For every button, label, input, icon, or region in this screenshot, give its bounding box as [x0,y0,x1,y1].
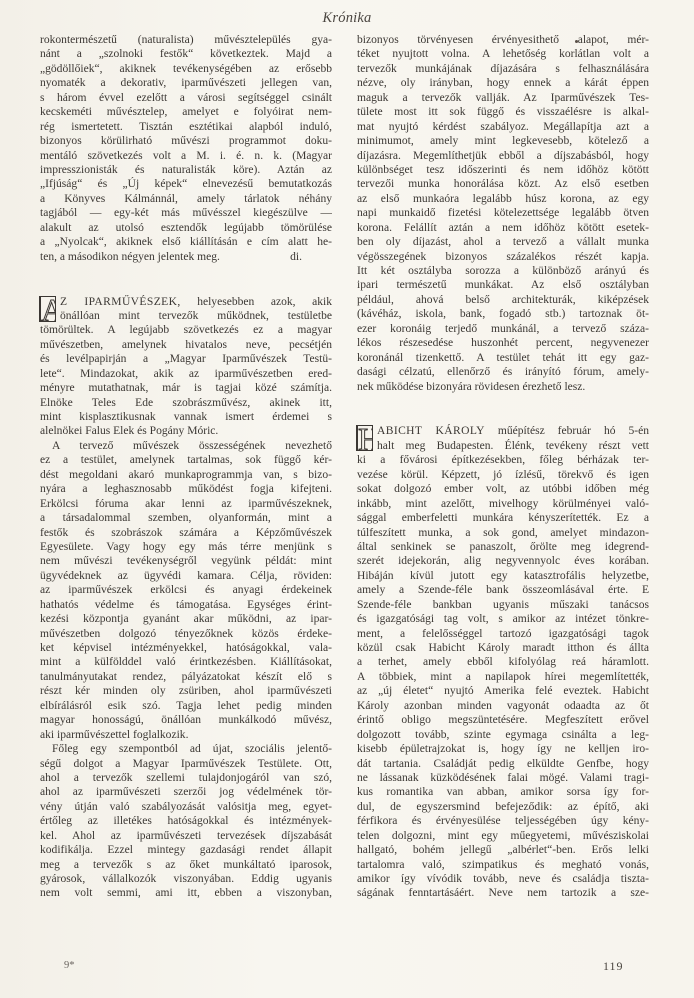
text-line: önállóan mint tervezők működnek, testüle… [40,309,332,323]
article-heading: Z IPARMŰVÉSZEK, [60,296,181,308]
right-column: bizonyos törvényesen érvényesithető alap… [357,33,649,901]
magazine-page: Krónika rokontermészetű (naturalista) mű… [0,0,694,998]
text-line: sággal emberfeletti munkára kényszerítet… [357,511,649,525]
text-line: „Ifjúság“ és „Új képek“ elnevezésű bemut… [40,177,332,191]
text-line: mint a külfölddel való érintkezésben. Ki… [40,655,332,669]
text-line: A tervező művészek összességének nevezhe… [40,439,332,453]
text-line: kus romantika van abban, amikor sorsa íg… [357,785,649,799]
text-line: bizonyos körülirható művészi programmot … [40,134,332,148]
paragraph-tervezo-muveszek: A tervező művészek összességének nevezhe… [40,439,332,742]
text-line: minimumot, amely mint legkevesebb, kötel… [357,134,649,148]
text-line: festők és szobrászok számára a Képzőművé… [40,526,332,540]
text-line: mint kisplasztikusnak vannak ismert érde… [40,410,332,424]
left-column: rokontermészetű (naturalista) művésztele… [40,33,332,901]
text-line: lékos részesedése huszonhét percent, neg… [357,336,649,350]
text-line: tülete most itt sok függő és visszaélésr… [357,105,649,119]
text-line: az első munkaóra legalább húsz korona, a… [357,192,649,206]
drop-cap-a: A [39,296,56,322]
article-heading: ABICHT KÁROLY [377,425,485,437]
signature-line: ten, a másodikon négyen jelentek meg. di… [40,250,332,264]
text-line: ki a fővárosi építkezésekben, főleg bérh… [357,453,649,467]
text-line: dasági célzatú, ellenőrző és irányító fó… [357,365,649,379]
text-line: nem volt semmi, ami itt, ebben a viszony… [40,886,332,900]
text-line: aki iparművészettel foglalkozik. [40,728,332,742]
heading-line-rest: helyesebben azok, akik [197,296,332,308]
text-line: halt meg Budapesten. Élénk, tevékeny rés… [357,439,649,453]
author-signature: di. [290,250,302,264]
signature-mark: 9* [64,960,75,971]
text-line: kecskeméti művésztelep, amelyet e folyói… [40,105,332,119]
text-line: impresszionisták és naturalisták köre). … [40,163,332,177]
text-line: hathatós védelme és támogatása. Egységes… [40,598,332,612]
text-line: „gödöllőiek“, akiknek tevékenységében az… [40,62,332,76]
text-line: napi munkaidő fizetési kötelezettsége le… [357,206,649,220]
article-habicht-karoly: H ABICHT KÁROLY műépítész február hó 5-é… [357,424,649,900]
text-line: inkább, mint azelőtt, mivelhogy körülmén… [357,497,649,511]
text-line: rég ismertetett. Tisztán esztétikai alap… [40,120,332,134]
text-line: dát tartania. Családját pedig elküldte G… [357,757,649,771]
paragraph-continuation: bizonyos törvényesen érvényesithető alap… [357,33,649,394]
text-line: s három évvel ezelőtt a városi segítségg… [40,91,332,105]
text-line: koronánál tizenkettő. A testület tehát i… [357,351,649,365]
text-line: az iparművészek erkölcsi és anyagi érdek… [40,583,332,597]
text-line: például, ahová belső architekturák, kiké… [357,293,649,307]
text-line: által senkinek se panaszolt, őrölte meg … [357,540,649,554]
text-line: díjazásra. Megemlíthetjük ebből a díjsza… [357,149,649,163]
text-line: gyárosok, vállalkozók viszonyában. Eddig… [40,872,332,886]
text-line: részt kér minden oly zsüriben, ahol ipar… [40,684,332,698]
text-line: Itt két osztályba sorozza a különböző ar… [357,264,649,278]
text-line: és igazgatósági tag volt, s amikor az in… [357,612,649,626]
text-line: közül csak Habicht Károly maradt itthon … [357,641,649,655]
drop-cap-h: H [356,425,373,451]
text-line: végösszegének bizonyos százalékos részét… [357,250,649,264]
text-line: ben oly díjazást, ahol a tervező a válla… [357,235,649,249]
text-line: ahol az iparművészeti szerzői jog védelm… [40,785,332,799]
text-line: különbséget tesz időszerinti és nem időh… [357,163,649,177]
article-habicht-body: halt meg Budapesten. Élénk, tevékeny rés… [357,439,649,901]
text-line: elbírálásról esik szó. Tagja lehet pedig… [40,699,332,713]
text-line: nek működése bizonyára rövidesen érezhet… [357,380,649,394]
article-iparmuveszek-body: önállóan mint tervezők működnek, testüle… [40,309,332,439]
text-line: (kávéház, iskola, bank, fogadó stb.) tar… [357,307,649,321]
text-line: alelnökei Falus Elek és Pogány Móric. [40,424,332,438]
text-line: Hibáján kívül jutott egy katasztrofális … [357,569,649,583]
text-line: művészetben, amelynek hivatalos neve, pe… [40,338,332,352]
text-line: ment, a felelősséggel tartozó igazgatósá… [357,627,649,641]
text-line: a Könyves Kálmánnál, amely tárlatok néhá… [40,192,332,206]
text-line: Károly azonban minden vagyonát odaadta a… [357,699,649,713]
text-line: az „új életet“ nyujtó Amerika felé evezt… [357,684,649,698]
text-line: dést megoldani akaró munkaprogrammja van… [40,468,332,482]
text-line: A többiek, mint a napilapok hírei megeml… [357,670,649,684]
text-line: Elnöke Teles Ede szobrászművész, akinek … [40,396,332,410]
text-line: lete“. Mindazokat, akik az iparművészetb… [40,367,332,381]
text-line: ez a testület, amelynek tartalmas, sok f… [40,453,332,467]
text-line: sokat dolgozó ember volt, az utóbbi időb… [357,482,649,496]
text-line: amely a Szende-féle bank összeomlásával … [357,583,649,597]
text-line: nyomaték a dekorativ, iparművészeti jell… [40,76,332,90]
text-line: mentáló szövetkezés volt a M. i. é. n. k… [40,149,332,163]
text-line: Egyesülete. Vagy hogy egy más térre menj… [40,540,332,554]
text-line: kodifikálja. Ezzel mintegy gazdasági ren… [40,843,332,857]
text-line: hallgató, bohém jellegű „albérlet“-ben. … [357,843,649,857]
article-heading-line: ABICHT KÁROLY műépítész február hó 5-én [357,424,649,438]
article-iparmuveszek: A Z IPARMŰVÉSZEK, helyesebben azok, akik… [40,295,332,901]
text-line: Erkölcsi fóruma akar lenni az iparművész… [40,497,332,511]
text-line: szerét idejekorán, alig negyvennyolc éve… [357,554,649,568]
text-line: magyar honosságú, önállóan munkálkodó mű… [40,713,332,727]
paragraph-fo-szempont: Főleg egy szempontból ad újat, szociális… [40,742,332,901]
text-line: kel. Ahol az iparművészeti tervezések dí… [40,829,332,843]
text-line: nem művészi tevékenységről vegyünk példá… [40,554,332,568]
text-line: ket képvisel intézményekkel, hatóságokka… [40,641,332,655]
paragraph-nyolcak: rokontermészetű (naturalista) művésztele… [40,33,332,250]
text-line: ne lássanak küzködésének falai mögé. Val… [357,771,649,785]
print-speck [575,40,578,43]
text-line: telen dolgozni, mint egy műegyetemi, műv… [357,829,649,843]
text-line: téket nyujtott volna. A lehetőség korlát… [357,47,649,61]
text-line: nyára a leghasznosabb működést fogja kif… [40,482,332,496]
text-line: dolgozott tovább, szinte egymaga csinált… [357,728,649,742]
heading-line-rest: műépítész február hó 5-én [498,425,649,437]
text-line: tagjából — egy-két más művésszel kiegész… [40,206,332,220]
text-line: rokontermészetű (naturalista) művésztele… [40,33,332,47]
text-line: vény útján való szabályozását valósitja … [40,800,332,814]
text-line: alakult az utolsó esztendők legújabb töm… [40,221,332,235]
text-line: ményre mutathatnak, már is tagjai közé s… [40,381,332,395]
text-line: bizonyos törvényesen érvényesithető alap… [357,33,649,47]
running-head-title: Krónika [0,10,694,27]
text-line: ahol a tervezők szellemi tulajdonjogáról… [40,771,332,785]
text-line: a terhet, amely ebből kifolyólag reá hár… [357,655,649,669]
text-line: ségű dolgot a Magyar Iparművészek Testül… [40,757,332,771]
text-line: ipari természetű munkákat. Az első osztá… [357,278,649,292]
text-line: nézve, oly irányban, hogy ennek a kárát … [357,76,649,90]
text-line: dul, de egyszersmind befejeződik: az épí… [357,800,649,814]
text-line: ságának fenntartásáért. Neve nem tartozi… [357,886,649,900]
text-line: amikor így vívódik tovább, neve és csalá… [357,872,649,886]
text-line: Főleg egy szempontból ad újat, szociális… [40,742,332,756]
text-line: kisebb épületrajzokat is, hogy így ne ke… [357,742,649,756]
text-line: tervezői munka honorálása közt. Az első … [357,177,649,191]
paragraph-last-line: ten, a másodikon négyen jelentek meg. [40,251,220,263]
text-line: nánt a „szolnoki festők“ következtek. Ma… [40,47,332,61]
text-line: tömörültek. A legújabb szövetkezés ez a … [40,323,332,337]
text-line: ezer koronáig terjedő munkánál, a tervez… [357,322,649,336]
text-line: érintő obligo megszüntetésére. Megfeszít… [357,713,649,727]
text-line: vezése körül. Képzett, jó ízlésű, törekv… [357,468,649,482]
text-line: mat nyujtó kérdést szabályoz. Megállapít… [357,120,649,134]
text-line: Szende-féle bankban ugyanis műszaki taná… [357,598,649,612]
text-line: tanulmányutakat rendez, pályázatokat kés… [40,670,332,684]
text-line: férfikora és érvényesülése teljességében… [357,814,649,828]
text-line: kezési központja gyanánt akar működni, a… [40,612,332,626]
text-line: a „Nyolcak“, akiknek első kiállításán e … [40,235,332,249]
page-number: 119 [603,959,624,974]
text-line: ügyvédeknek az ügyvédi kamara. Célja, rö… [40,569,332,583]
article-heading-line: Z IPARMŰVÉSZEK, helyesebben azok, akik [40,295,332,309]
text-line: túlfeszített munka, a sok gond, amelyet … [357,526,649,540]
text-line: korona. Felállít aztán a nem időhöz kötö… [357,221,649,235]
text-line: maguk a tervezők vallják. Az Iparművésze… [357,91,649,105]
text-line: értőleg az illetékes hatóságokkal és int… [40,814,332,828]
text-line: meg a tervezők s az őket munkáltató ipar… [40,858,332,872]
text-line: művészetben dolgozó tényezőknek közös ér… [40,627,332,641]
text-line: és levélpapirján a „Magyar Iparművészek … [40,352,332,366]
text-line: tartalomra való, szimpatikus és megható … [357,858,649,872]
text-line: tervezők munkájának díjazására s felhasz… [357,62,649,76]
text-line: a társadalommal szemben, olyanformán, mi… [40,511,332,525]
